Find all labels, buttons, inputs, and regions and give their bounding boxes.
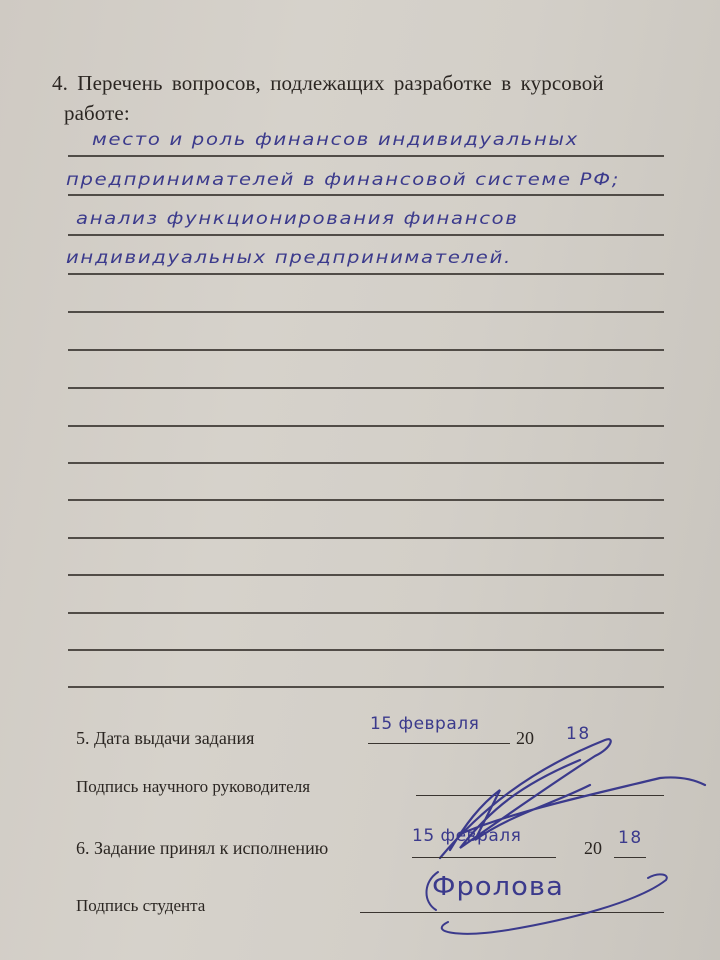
ruled-line <box>68 311 664 313</box>
ruled-line <box>68 686 664 688</box>
ruled-line <box>68 499 664 501</box>
section-4-heading: 4. Перечень вопросов, подлежащих разрабо… <box>52 68 672 128</box>
ruled-line <box>68 425 664 427</box>
supervisor-signature-label: Подпись научного руководителя <box>76 777 310 797</box>
accepted-date-value: 15 февраля <box>412 826 521 846</box>
ruled-line <box>68 349 664 351</box>
student-signature-label: Подпись студента <box>76 896 205 916</box>
accepted-year-underline <box>614 857 646 858</box>
section-4-heading-line2: работе: <box>64 98 672 128</box>
ruled-line <box>68 537 664 539</box>
handwritten-line-2: предпринимателей в финансовой системе РФ… <box>66 170 620 190</box>
issue-date-label: 5. Дата выдачи задания <box>76 728 254 749</box>
ruled-line <box>68 194 664 196</box>
student-signature-loop <box>418 862 678 942</box>
ruled-line <box>68 273 664 275</box>
course-work-assignment-form: 4. Перечень вопросов, подлежащих разрабо… <box>0 0 720 960</box>
section-4-heading-line1: 4. Перечень вопросов, подлежащих разрабо… <box>52 68 672 98</box>
ruled-line <box>68 234 664 236</box>
accepted-year-prefix: 20 <box>584 838 602 859</box>
ruled-line <box>68 155 664 157</box>
accepted-date-underline <box>412 857 556 858</box>
handwritten-line-3: анализ функционирования финансов <box>76 209 519 229</box>
accepted-label: 6. Задание принял к исполнению <box>76 838 328 859</box>
ruled-line <box>68 574 664 576</box>
ruled-line <box>68 612 664 614</box>
handwritten-line-4: индивидуальных предпринимателей. <box>66 248 512 268</box>
handwritten-line-1: место и роль финансов индивидуальных <box>92 130 579 150</box>
ruled-line <box>68 387 664 389</box>
ruled-line <box>68 649 664 651</box>
accepted-year-suffix: 18 <box>618 828 643 848</box>
ruled-line <box>68 462 664 464</box>
